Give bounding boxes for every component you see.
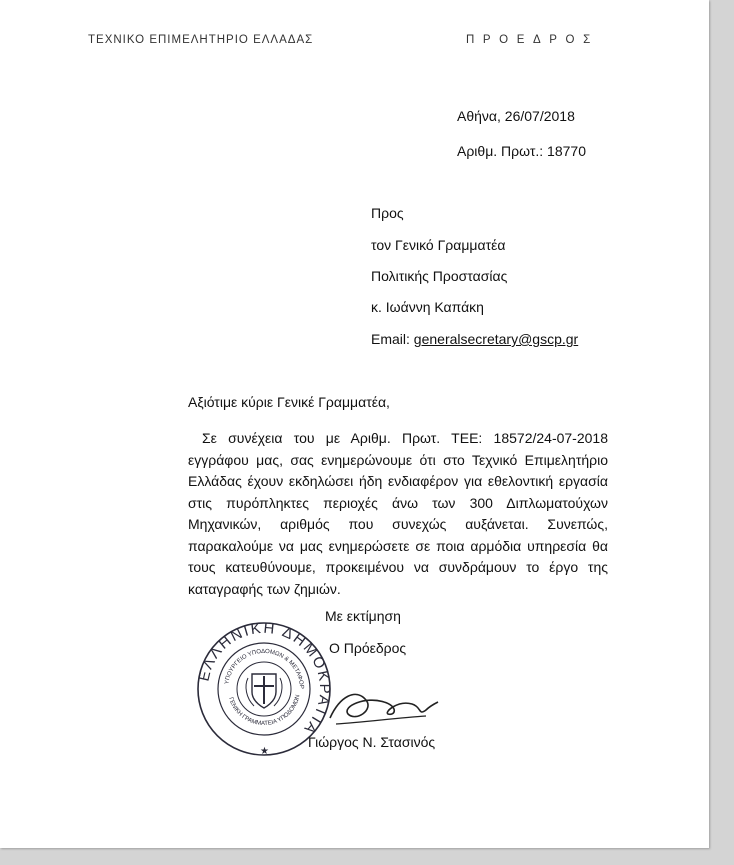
svg-text:★: ★ bbox=[260, 746, 269, 757]
email-label: Email: bbox=[371, 331, 410, 347]
protocol-number: Αριθμ. Πρωτ.: 18770 bbox=[457, 143, 586, 159]
body-paragraph: Σε συνέχεια του με Αριθμ. Πρωτ. ΤΕΕ: 185… bbox=[188, 428, 608, 600]
letter-date: Αθήνα, 26/07/2018 bbox=[457, 108, 575, 124]
closing-regards: Με εκτίμηση bbox=[325, 608, 401, 624]
recipient-email-row: Email: generalsecretary@gscp.gr bbox=[371, 331, 578, 347]
signer-name: Γιώργος Ν. Στασινός bbox=[308, 734, 435, 750]
document-page: ΤΕΧΝΙΚΟ ΕΠΙΜΕΛΗΤΗΡΙΟ ΕΛΛΑΔΑΣ ΠΡΟΕΔΡΟΣ Αθ… bbox=[0, 0, 709, 848]
closing-title: Ο Πρόεδρος bbox=[329, 640, 406, 656]
letterhead-organization: ΤΕΧΝΙΚΟ ΕΠΙΜΕΛΗΤΗΡΙΟ ΕΛΛΑΔΑΣ bbox=[88, 34, 313, 46]
body-paragraph-text: Σε συνέχεια του με Αριθμ. Πρωτ. ΤΕΕ: 185… bbox=[188, 430, 608, 597]
recipient-line-3: κ. Ιωάννη Καπάκη bbox=[371, 299, 484, 315]
recipient-line-2: Πολιτικής Προστασίας bbox=[371, 268, 507, 284]
recipient-to-label: Προς bbox=[371, 205, 404, 221]
salutation: Αξιότιμε κύριε Γενικέ Γραμματέα, bbox=[188, 394, 390, 410]
signature-icon bbox=[326, 678, 446, 734]
recipient-line-1: τον Γενικό Γραμματέα bbox=[371, 237, 505, 253]
letterhead-office: ΠΡΟΕΔΡΟΣ bbox=[466, 34, 599, 46]
recipient-email-link[interactable]: generalsecretary@gscp.gr bbox=[414, 331, 578, 347]
